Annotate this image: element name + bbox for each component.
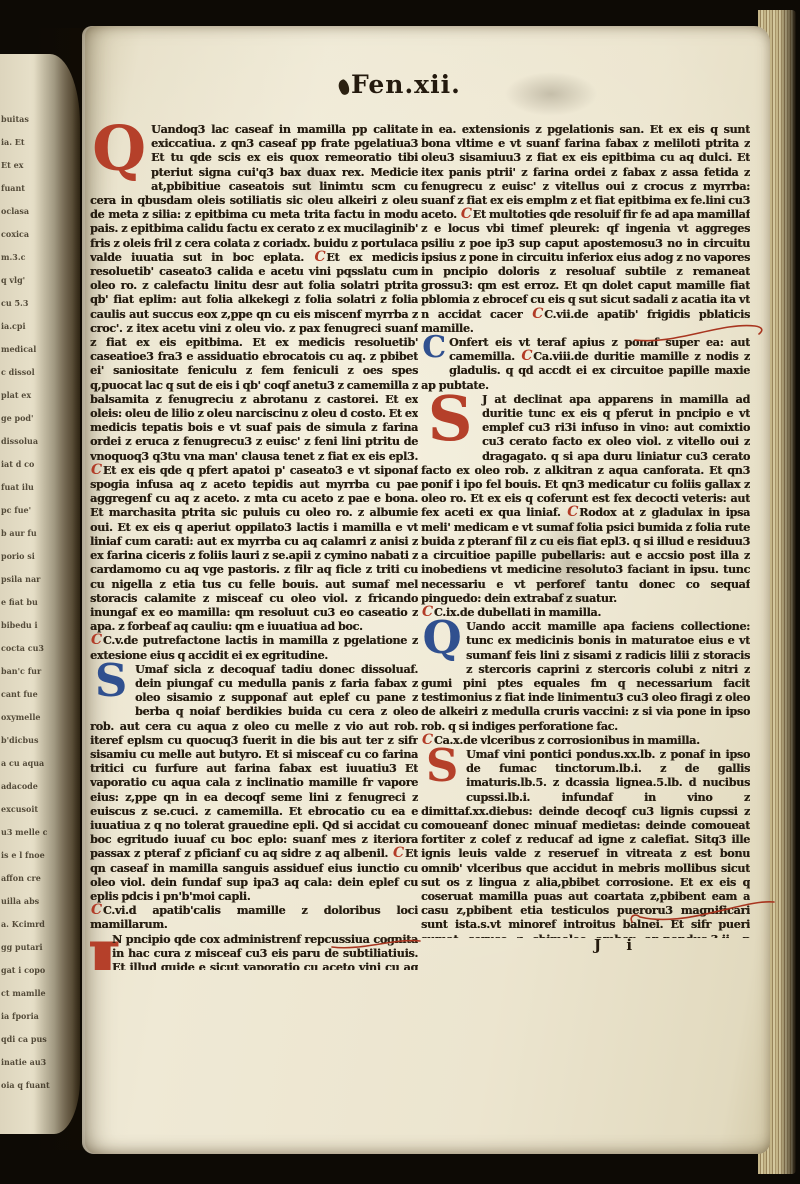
drop-cap-s: S bbox=[421, 748, 463, 791]
text-block: SUmaf sicla z decoquaf tadiu donec disso… bbox=[90, 662, 418, 903]
text-block: QUando accit mamille apa faciens collect… bbox=[421, 619, 750, 733]
red-flourish bbox=[633, 314, 773, 348]
drop-cap-s: S bbox=[421, 394, 479, 450]
text-column-right: in ea. extensionis z pgelationis san. Et… bbox=[421, 122, 750, 938]
running-header: Fen.xii. bbox=[338, 70, 461, 99]
rubric-pilcrow-mark: C bbox=[421, 604, 434, 620]
rubric-pilcrow-mark: C bbox=[520, 348, 533, 364]
rubric-pilcrow-mark: C bbox=[566, 504, 579, 520]
drop-cap-c: C bbox=[421, 336, 447, 364]
signature-mark: J i bbox=[594, 936, 632, 954]
text-block: CC.vi.d apatib'calis mamille z doloribus… bbox=[90, 903, 418, 931]
text-block: SJ at declinat apa apparens in mamilla a… bbox=[421, 392, 750, 605]
red-flourish bbox=[330, 932, 424, 954]
drop-cap-q: Q bbox=[90, 124, 148, 180]
book-photo: buitasia. EtEt exfuantoclasacoxicam.3.cq… bbox=[0, 0, 800, 1184]
drop-cap-i: I bbox=[90, 934, 107, 970]
rubric-pilcrow-mark: C bbox=[90, 902, 103, 918]
drop-cap-q: Q bbox=[421, 620, 463, 663]
show-through-blot bbox=[505, 72, 597, 116]
rubric-pilcrow-mark: C bbox=[421, 732, 434, 748]
text-column-left: QUandoq3 lac caseaf in mamilla pp calita… bbox=[90, 122, 418, 970]
rubric-pilcrow-mark: C bbox=[531, 306, 544, 322]
rubric-pilcrow-mark: C bbox=[90, 462, 103, 478]
text-block: CCa.x.de vlceribus z corrosionibus in ma… bbox=[421, 733, 750, 747]
text-block: CC.ix.de dubellati in mamilla. bbox=[421, 605, 750, 619]
rubric-pilcrow-mark: C bbox=[313, 249, 326, 265]
text-block: CC.v.de putrefactone lactis in mamilla z… bbox=[90, 633, 418, 661]
rubric-pilcrow-mark: C bbox=[392, 845, 405, 861]
rubric-pilcrow-mark: C bbox=[90, 632, 103, 648]
red-flourish bbox=[626, 891, 778, 929]
drop-cap-s: S bbox=[90, 663, 132, 706]
fleuron-icon bbox=[336, 78, 352, 96]
text-block: in ea. extensionis z pgelationis san. Et… bbox=[421, 122, 750, 335]
folio-title: Fen.xii. bbox=[351, 70, 461, 99]
rubric-pilcrow-mark: C bbox=[460, 206, 473, 222]
text-block: QUandoq3 lac caseaf in mamilla pp calita… bbox=[90, 122, 418, 633]
